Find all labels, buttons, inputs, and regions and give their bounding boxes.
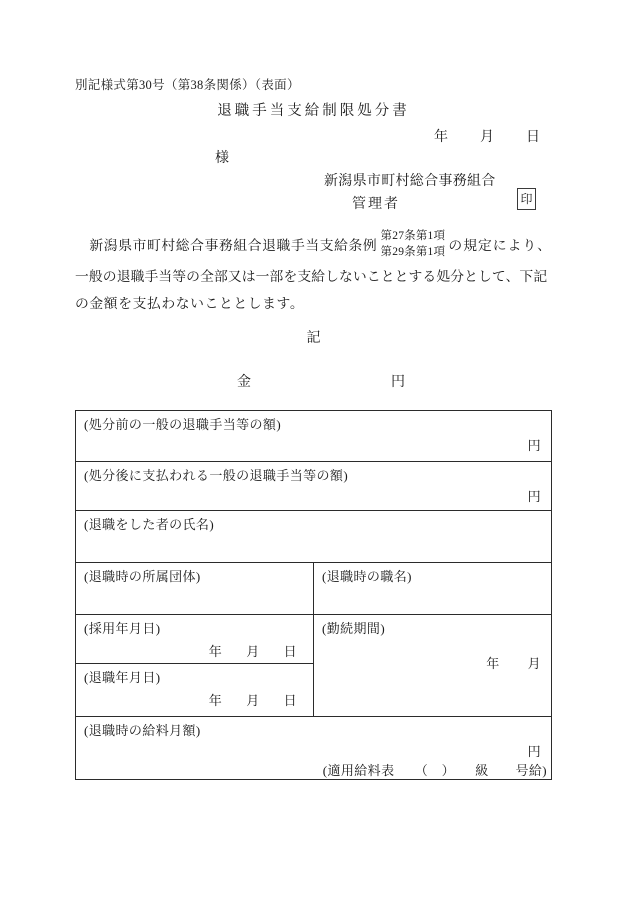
pre-disposition-unit: 円 (84, 435, 551, 454)
org-at-retirement-label: (退職時の所属団体) (84, 566, 313, 585)
document-title: 退職手当支給制限処分書 (75, 99, 552, 120)
body-line-3: の金額を支払わないこととします。 (75, 292, 552, 312)
service-month-label: 月 (528, 653, 541, 672)
pre-disposition-label: (処分前の一般の退職手当等の額) (84, 414, 551, 433)
hire-month-label: 月 (246, 641, 259, 660)
retirement-month-label: 月 (246, 690, 259, 709)
retirement-year-label: 年 (209, 690, 222, 709)
table-row-org-title: (退職時の所属団体) (退職時の職名) (76, 563, 552, 615)
clause-stack: 第27条第1項 第29条第1項 (381, 228, 446, 260)
post-disposition-unit: 円 (84, 486, 551, 505)
service-year-label: 年 (486, 653, 499, 672)
salary-label: (退職時の給料月額) (84, 720, 551, 739)
retirement-day-label: 日 (284, 690, 297, 709)
manager-label: 管理者 (352, 193, 400, 213)
table-row-hire-date: (採用年月日) 年 月 日 (勤続期間) 年 月 (76, 615, 552, 664)
clause-top: 第27条第1項 (381, 228, 446, 244)
service-period-ym: 年 月 (486, 653, 541, 672)
table-row-retiree-name: (退職をした者の氏名) (76, 511, 552, 563)
date-month-label: 月 (480, 126, 494, 146)
salary-scale-note: (適用給料表 （ ） 級 号給) (84, 760, 551, 779)
document-page: 別記様式第30号（第38条関係）（表面） 退職手当支給制限処分書 年 月 日 様… (0, 0, 630, 903)
disposition-table: (処分前の一般の退職手当等の額) 円 (処分後に支払われる一般の退職手当等の額)… (75, 410, 552, 780)
body-line-1-pre: 新潟県市町村総合事務組合退職手当支給条例 (75, 234, 377, 254)
clause-bottom: 第29条第1項 (381, 244, 446, 260)
seal-placeholder: 印 (517, 188, 536, 210)
post-disposition-label: (処分後に支払われる一般の退職手当等の額) (84, 465, 551, 484)
body-line-1: 新潟県市町村総合事務組合退職手当支給条例 第27条第1項 第29条第1項 の規定… (75, 227, 552, 261)
hire-year-label: 年 (209, 641, 222, 660)
table-row-pre-disposition: (処分前の一般の退職手当等の額) 円 (76, 411, 552, 462)
retirement-date-label: (退職年月日) (84, 667, 313, 686)
hire-date-ymd: 年 月 日 (84, 641, 313, 660)
salary-unit: 円 (84, 741, 551, 760)
date-line: 年 月 日 (434, 126, 540, 146)
amount-kin-label: 金 (237, 371, 251, 391)
amount-line: 金 円 (75, 371, 552, 389)
addressee-suffix: 様 (215, 147, 229, 167)
hire-day-label: 日 (284, 641, 297, 660)
body-line-2: 一般の退職手当等の全部又は一部を支給しないこととする処分として、下記 (75, 265, 552, 285)
table-row-salary: (退職時の給料月額) 円 (適用給料表 （ ） 級 号給) (76, 717, 552, 780)
table-row-post-disposition: (処分後に支払われる一般の退職手当等の額) 円 (76, 462, 552, 511)
document-content: 別記様式第30号（第38条関係）（表面） 退職手当支給制限処分書 年 月 日 様… (75, 0, 552, 903)
hire-date-label: (採用年月日) (84, 618, 313, 637)
organization-name: 新潟県市町村総合事務組合 (324, 170, 496, 190)
amount-yen-label: 円 (391, 371, 405, 391)
form-number: 別記様式第30号（第38条関係）（表面） (75, 75, 300, 93)
body-line-1-post: の規定により、 (448, 234, 552, 254)
ki-heading: 記 (75, 327, 552, 347)
date-day-label: 日 (526, 126, 540, 146)
retirement-date-ymd: 年 月 日 (84, 690, 313, 709)
title-at-retirement-label: (退職時の職名) (322, 566, 551, 585)
retiree-name-label: (退職をした者の氏名) (84, 514, 551, 533)
service-period-label: (勤続期間) (322, 618, 551, 637)
body-paragraph: 新潟県市町村総合事務組合退職手当支給条例 第27条第1項 第29条第1項 の規定… (75, 227, 552, 312)
date-year-label: 年 (434, 126, 448, 146)
